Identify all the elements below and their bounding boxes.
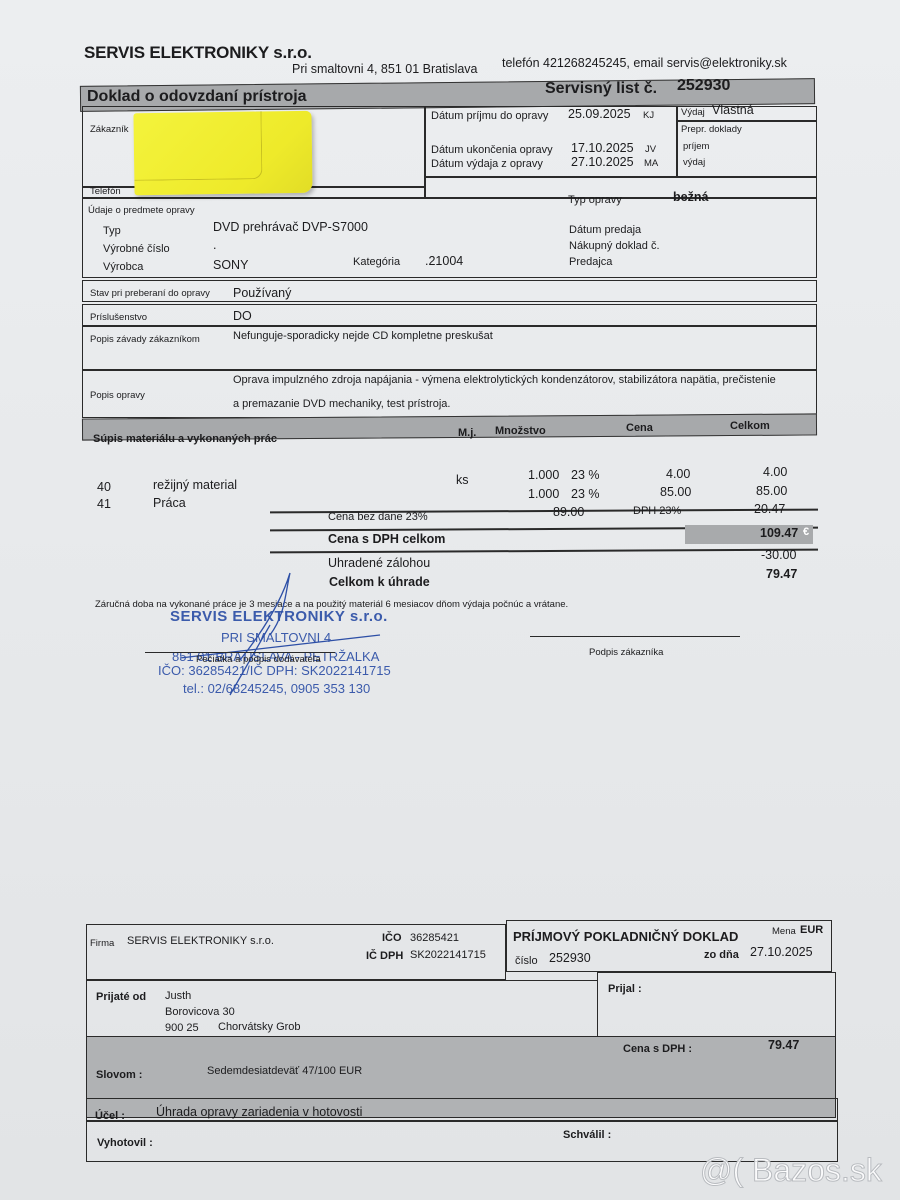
divider <box>676 106 678 176</box>
completed-date: 17.10.2025 <box>571 141 634 155</box>
currency-value: EUR <box>800 924 823 936</box>
row-2-qty: 1.000 <box>528 487 559 501</box>
row-1-no: 40 <box>97 480 111 494</box>
row-1-qty: 1.000 <box>528 468 559 482</box>
service-number: 252930 <box>677 77 730 95</box>
row-1-unit: ks <box>456 473 469 487</box>
repair-label: Popis opravy <box>90 390 145 401</box>
docs-prijem: príjem <box>683 141 709 152</box>
row-2-name: Práca <box>153 496 186 510</box>
accessories-label: Príslušenstvo <box>90 312 147 323</box>
firm-label: Firma <box>90 938 114 949</box>
condition-value: Používaný <box>233 286 291 300</box>
accepted-box <box>597 972 836 1038</box>
receipt-number: 252930 <box>549 951 591 965</box>
net-label: Cena bez dane 23% <box>328 511 428 523</box>
repair-type: bežná <box>673 190 708 204</box>
serial-label: Výrobné číslo <box>103 243 170 255</box>
ico-value: 36285421 <box>410 932 459 944</box>
supplier-sign-label: Pečiatka a podpis dodávateľa <box>196 654 321 665</box>
sticky-note-fold <box>134 111 263 181</box>
maker-value: SONY <box>213 258 248 272</box>
service-number-label: Servisný list č. <box>545 80 657 98</box>
received-from-label: Prijaté od <box>96 991 146 1003</box>
firm-name: SERVIS ELEKTRONIKY s.r.o. <box>127 935 274 947</box>
icdph-label: IČ DPH <box>366 950 403 962</box>
customer-sign-label: Podpis zákazníka <box>589 647 663 658</box>
divider <box>676 120 816 122</box>
col-qty: Množstvo <box>495 425 546 437</box>
received-from-zip: 900 25 <box>165 1022 199 1034</box>
maker-label: Výrobca <box>103 261 143 273</box>
price-label: Cena s DPH : <box>623 1043 692 1055</box>
issued-date-label: Dátum výdaja z opravy <box>431 158 543 170</box>
due-value: 79.47 <box>766 567 797 581</box>
condition-label: Stav pri preberaní do opravy <box>90 288 210 299</box>
repair-line-2: a premazanie DVD mechaniky, test prístro… <box>233 398 450 410</box>
received-initials: KJ <box>643 110 654 121</box>
currency-label: Mena <box>772 926 796 937</box>
gross-value: 109.47 <box>760 526 798 540</box>
col-price: Cena <box>626 422 653 434</box>
col-unit: M.j. <box>458 427 476 439</box>
category-label: Kategória <box>353 256 400 268</box>
net-value: 89.00 <box>553 505 584 519</box>
row-2-no: 41 <box>97 497 111 511</box>
fault-label: Popis závady zákazníkom <box>90 334 200 345</box>
signature-icon <box>140 565 400 705</box>
company-contact: telefón 421268245245, email servis@elekt… <box>502 56 787 70</box>
customer-sign-line <box>530 636 740 637</box>
materials-title: Súpis materiálu a vykonaných prác <box>93 433 277 445</box>
ico-label: IČO <box>382 932 402 944</box>
accessories-row <box>82 304 817 326</box>
serial-value: . <box>213 238 216 252</box>
category-value: .21004 <box>425 254 463 268</box>
seller-label: Predajca <box>569 256 612 268</box>
docs-vydaj: výdaj <box>683 157 705 168</box>
phone-label: Telefón <box>90 186 121 197</box>
received-from-street: Borovicova 30 <box>165 1006 235 1018</box>
receipt-title: PRÍJMOVÝ POKLADNIČNÝ DOKLAD <box>513 929 738 944</box>
received-from-box <box>86 980 598 1042</box>
row-2-vat: 23 % <box>571 487 600 501</box>
row-2-price: 85.00 <box>660 485 691 499</box>
issued-initials: MA <box>644 158 658 169</box>
words-label: Slovom : <box>96 1069 142 1081</box>
received-from-name: Justh <box>165 990 191 1002</box>
gross-currency: € <box>803 526 809 538</box>
vydaj-value: Vlastná <box>712 103 754 117</box>
row-1-price: 4.00 <box>666 467 690 481</box>
customer-label: Zákazník <box>90 124 129 135</box>
watermark-logo: @( Bazos.sk <box>700 1152 882 1189</box>
issued-date: 27.10.2025 <box>571 155 634 169</box>
completed-initials: JV <box>645 144 656 155</box>
company-name: SERVIS ELEKTRONIKY s.r.o. <box>84 43 312 63</box>
row-1-total: 4.00 <box>763 465 787 479</box>
divider <box>424 106 426 198</box>
received-from-city: Chorvátsky Grob <box>218 1021 301 1033</box>
words-value: Sedemdesiatdeväť 47/100 EUR <box>207 1065 362 1077</box>
deposit-value: -30.00 <box>761 548 796 562</box>
purchase-doc-label: Nákupný doklad č. <box>569 240 660 252</box>
row-2-total: 85.00 <box>756 484 787 498</box>
company-address: Pri smaltovni 4, 851 01 Bratislava <box>292 62 478 76</box>
document-title: Doklad o odovzdaní prístroja <box>87 88 307 106</box>
accepted-label: Prijal : <box>608 983 642 995</box>
price-value: 79.47 <box>768 1038 799 1052</box>
received-date: 25.09.2025 <box>568 107 631 121</box>
sale-date-label: Dátum predaja <box>569 224 641 236</box>
repair-type-label: Typ opravy <box>568 194 622 206</box>
gross-label: Cena s DPH celkom <box>328 532 445 546</box>
docs-label: Prepr. doklady <box>681 124 742 135</box>
receipt-number-label: číslo <box>515 955 538 967</box>
receipt-date-label: zo dňa <box>704 949 739 961</box>
vydaj-label: Výdaj <box>681 107 705 118</box>
approved-label: Schválil : <box>563 1129 611 1141</box>
accessories-value: DO <box>233 309 252 323</box>
vat-value: 20.47 <box>754 502 785 516</box>
row-1-name: režijný material <box>153 478 237 492</box>
item-type-label: Typ <box>103 225 121 237</box>
completed-date-label: Dátum ukončenia opravy <box>431 144 553 156</box>
divider <box>424 176 817 178</box>
supplier-sign-line <box>145 652 335 653</box>
receipt-date: 27.10.2025 <box>750 945 813 959</box>
icdph-value: SK2022141715 <box>410 949 486 961</box>
row-1-vat: 23 % <box>571 468 600 482</box>
received-date-label: Dátum príjmu do opravy <box>431 110 548 122</box>
col-total: Celkom <box>730 420 770 432</box>
item-section-label: Údaje o predmete opravy <box>88 205 195 216</box>
repair-line-1: Oprava impulzného zdroja napájania - vým… <box>233 374 776 386</box>
prepared-label: Vyhotovil : <box>97 1137 153 1149</box>
vat-label: DPH 23% <box>633 505 681 517</box>
fault-value: Nefunguje-sporadicky nejde CD kompletne … <box>233 330 493 342</box>
purpose-value: Úhrada opravy zariadenia v hotovosti <box>156 1105 362 1119</box>
item-type: DVD prehrávač DVP-S7000 <box>213 220 368 234</box>
